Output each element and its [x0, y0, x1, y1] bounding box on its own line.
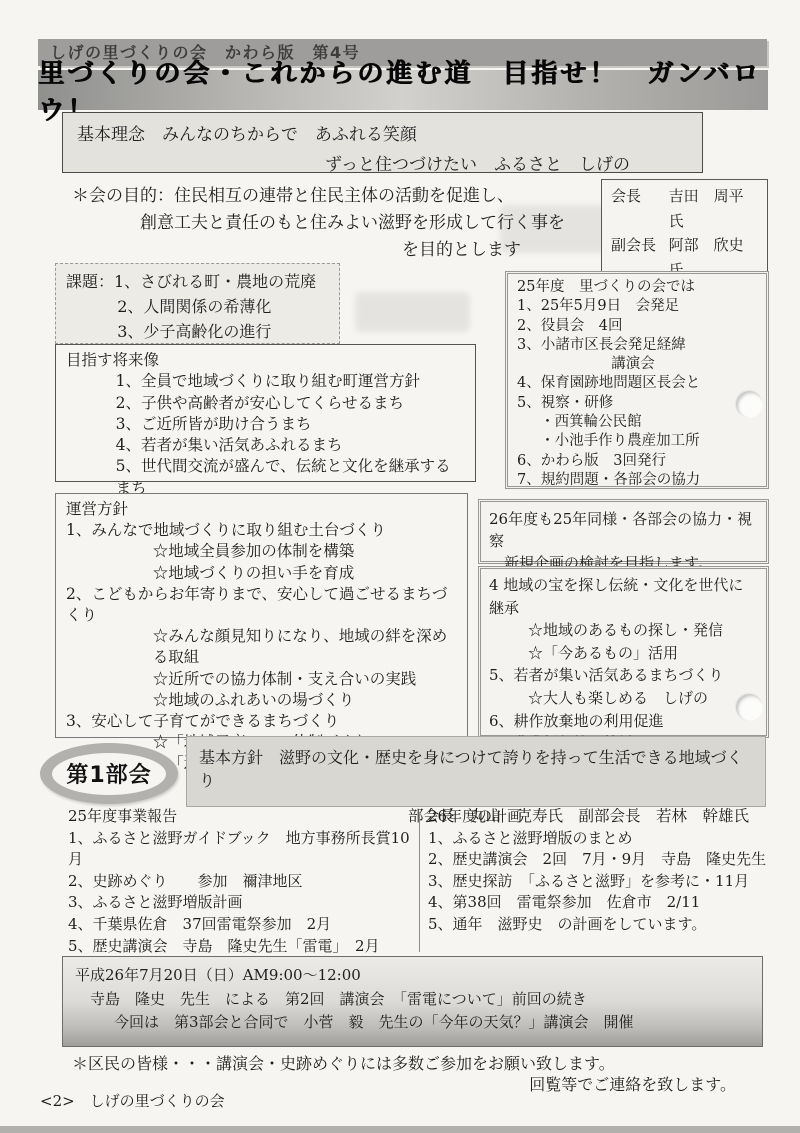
fy25-activity-line: 3、小諸市区長会発足経緯	[517, 336, 757, 355]
heritage-line: ☆「今あるもの」活用	[489, 642, 758, 665]
fy25-report-item: 3、ふるさと滋野増版計画	[68, 892, 418, 914]
officer-role: 会長	[611, 184, 669, 233]
issues-box: 課題：1、さびれる町・農地の荒廃 2、人間関係の希薄化 3、少子高齢化の進行	[55, 263, 340, 344]
purpose-line1: ＊会の目的：住民相互の連帯と住民主体の活動を促進し、	[72, 183, 602, 210]
heritage-line: 5、若者が集い活気あるまちづくり	[489, 664, 758, 687]
officers-box: 会長 吉田 周平氏 副会長 阿部 欣史氏 副会長 高藤 武文氏 副会長 田口 文…	[601, 179, 768, 286]
fy25-activity-line: 2、役員会 4回	[517, 317, 757, 336]
contact-note: 回覧等でご連絡を致します。	[470, 1072, 736, 1095]
fy26-plan-item: 3、歴史探訪 「ふるさと滋野」を参考に・11月	[428, 871, 776, 893]
principle-line2: ずっと住つづけたい ふるさと しげの	[63, 150, 702, 175]
heritage-line: ☆大人も楽しめる しげの	[489, 687, 758, 710]
fy25-activity-line: ・西箕輪公民館	[517, 413, 757, 432]
policy-line: 1、みんなで地域づくりに取り組む土台づくり	[66, 520, 457, 541]
participation-note: ＊区民の皆様・・・講演会・史跡めぐりには多数ご参加をお願い致します。	[72, 1051, 615, 1074]
policy-title: 運営方針	[66, 499, 457, 520]
heritage-box: 4 地域の宝を探し伝統・文化を世代に継承 ☆地域のあるもの探し・発信 ☆「今ある…	[478, 566, 769, 738]
fy26-goal-line: 26年度も25年同様・各部会の協力・視察	[489, 508, 758, 552]
policy-line: ☆地域のふれあいの場づくり	[66, 690, 457, 711]
policy-line: ☆近所での協力体制・支え合いの実践	[66, 669, 457, 690]
fy26-plan-title: 26年度の計画	[428, 806, 776, 828]
event-announcement-box: 平成26年7月20日（日）AM9:00～12:00 寺島 隆史 先生 による 第…	[62, 956, 763, 1047]
event-joint-lecture: 今回は 第3部会と合同で 小菅 毅 先生の「今年の天気？」講演会 開催	[75, 1011, 750, 1035]
officer-row: 会長 吉田 周平氏	[611, 184, 758, 233]
purpose-line2: 創意工夫と責任のもと住みよい滋野を形成して行く事を	[140, 210, 602, 237]
vision-title: 目指す将来像	[66, 350, 465, 371]
officer-name: 吉田 周平氏	[669, 184, 758, 233]
fy26-plan-item: 5、通年 滋野史 の計画をしています。	[428, 914, 776, 936]
policy-line: ☆みんな顔見知りになり、地域の絆を深める取組	[66, 626, 457, 668]
future-vision-box: 目指す将来像 1、全員で地域づくりに取り組む町運営方針 2、子供や高齢者が安心し…	[55, 344, 476, 482]
basic-principle-box: 基本理念 みんなのちからで あふれる笑顔 ずっと住つづけたい ふるさと しげの	[62, 112, 703, 173]
page-footer: <2> しげの里づくりの会	[40, 1090, 225, 1111]
fy26-goal-box: 26年度も25年同様・各部会の協力・視察 新規企画の検討を目指します。	[478, 499, 769, 564]
fy26-plan-item: 2、歴史講演会 2回 7月・9月 寺島 隆史先生	[428, 849, 776, 871]
fy25-activity-line: 1、25年5月9日 会発足	[517, 297, 757, 316]
issue-line: 3、少子高齢化の進行	[66, 319, 329, 344]
column-divider	[419, 812, 420, 952]
event-date: 平成26年7月20日（日）AM9:00～12:00	[75, 964, 750, 988]
heritage-line: 4 地域の宝を探し伝統・文化を世代に継承	[489, 574, 758, 619]
issue-line: 課題：1、さびれる町・農地の荒廃	[66, 269, 329, 294]
bukai1-badge-inner: 第1部会	[52, 753, 166, 795]
purpose-statement: ＊会の目的：住民相互の連帯と住民主体の活動を促進し、 創意工夫と責任のもと住みよ…	[72, 183, 602, 264]
fy25-report-item: 2、史跡めぐり 参加 禰津地区	[68, 871, 418, 893]
issue-line: 2、人間関係の希薄化	[66, 294, 329, 319]
event-lecture: 寺島 隆史 先生 による 第2回 講演会 「雷電について」前回の続き	[75, 988, 750, 1012]
heritage-line: ☆地域のあるもの探し・発信	[489, 619, 758, 642]
fy25-activity-line: 4、保育園跡地問題区長会と	[517, 374, 757, 393]
policy-line: ☆地域づくりの担い手を育成	[66, 563, 457, 584]
fy26-plan-item: 1、ふるさと滋野増版のまとめ	[428, 828, 776, 850]
fy26-plan-column: 26年度の計画 1、ふるさと滋野増版のまとめ 2、歴史講演会 2回 7月・9月 …	[428, 806, 776, 936]
punch-hole	[736, 391, 763, 418]
policy-line: 3、安心して子育てができるまちづくり	[66, 711, 457, 732]
fy25-report-item: 4、千葉県佐倉 37回雷電祭参加 2月	[68, 914, 418, 936]
fy25-report-item: 5、歴史講演会 寺島 隆史先生「雷電」 2月	[68, 936, 418, 958]
scan-edge-shadow	[0, 1126, 800, 1133]
punch-hole	[736, 694, 763, 721]
vision-line: 2、子供や高齢者が安心してくらせるまち	[66, 393, 465, 414]
vision-line: 1、全員で地域づくりに取り組む町運営方針	[66, 371, 465, 392]
fy25-activity-line: 講演会	[517, 355, 757, 374]
bukai1-policy: 基本方針 滋野の文化・歴史を身につけて誇りを持って生活できる地域づくり	[187, 737, 765, 791]
fy25-activity-box: 25年度 里づくりの会では 1、25年5月9日 会発足 2、役員会 4回 3、小…	[505, 271, 769, 489]
bukai1-header-bar: 基本方針 滋野の文化・歴史を身につけて誇りを持って生活できる地域づくり 部会長 …	[186, 736, 766, 807]
heritage-line: 6、耕作放棄地の利用促進	[489, 710, 758, 733]
policy-line: 2、こどもからお年寄りまで、安心して過ごせるまちづくり	[66, 584, 457, 626]
fy25-activity-line: ・小池手作り農産加工所	[517, 432, 757, 451]
bukai1-badge-label: 第1部会	[66, 758, 151, 789]
policy-line: ☆地域全員参加の体制を構築	[66, 541, 457, 562]
fy26-plan-item: 4、第38回 雷電祭参加 佐倉市 2/11	[428, 892, 776, 914]
fy25-activity-title: 25年度 里づくりの会では	[517, 278, 757, 297]
fy25-report-title: 25年度事業報告	[68, 806, 418, 828]
fy25-activity-line: 5、視察・研修	[517, 394, 757, 413]
fy25-report-column: 25年度事業報告 1、ふるさと滋野ガイドブック 地方事務所長賞10月 2、史跡め…	[68, 806, 418, 979]
purpose-line3: を目的とします	[402, 237, 602, 264]
vision-line: 3、ご近所皆が助け合うまち	[66, 414, 465, 435]
principle-line1: 基本理念 みんなのちからで あふれる笑顔	[63, 113, 702, 145]
fy25-activity-line: 7、規約問題・各部会の協力	[517, 471, 757, 490]
fy25-activity-line: 6、かわら版 3回発行	[517, 452, 757, 471]
bleed-through-artifact	[355, 292, 470, 332]
management-policy-box: 運営方針 1、みんなで地域づくりに取り組む土台づくり ☆地域全員参加の体制を構築…	[55, 493, 468, 738]
page-title: 里づくりの会・これからの進む道 目指せ！ ガンバロウ！	[38, 70, 768, 110]
bukai1-badge: 第1部会	[40, 743, 178, 804]
vision-line: 4、若者が集い活気あふれるまち	[66, 435, 465, 456]
fy25-report-item: 1、ふるさと滋野ガイドブック 地方事務所長賞10月	[68, 828, 418, 871]
